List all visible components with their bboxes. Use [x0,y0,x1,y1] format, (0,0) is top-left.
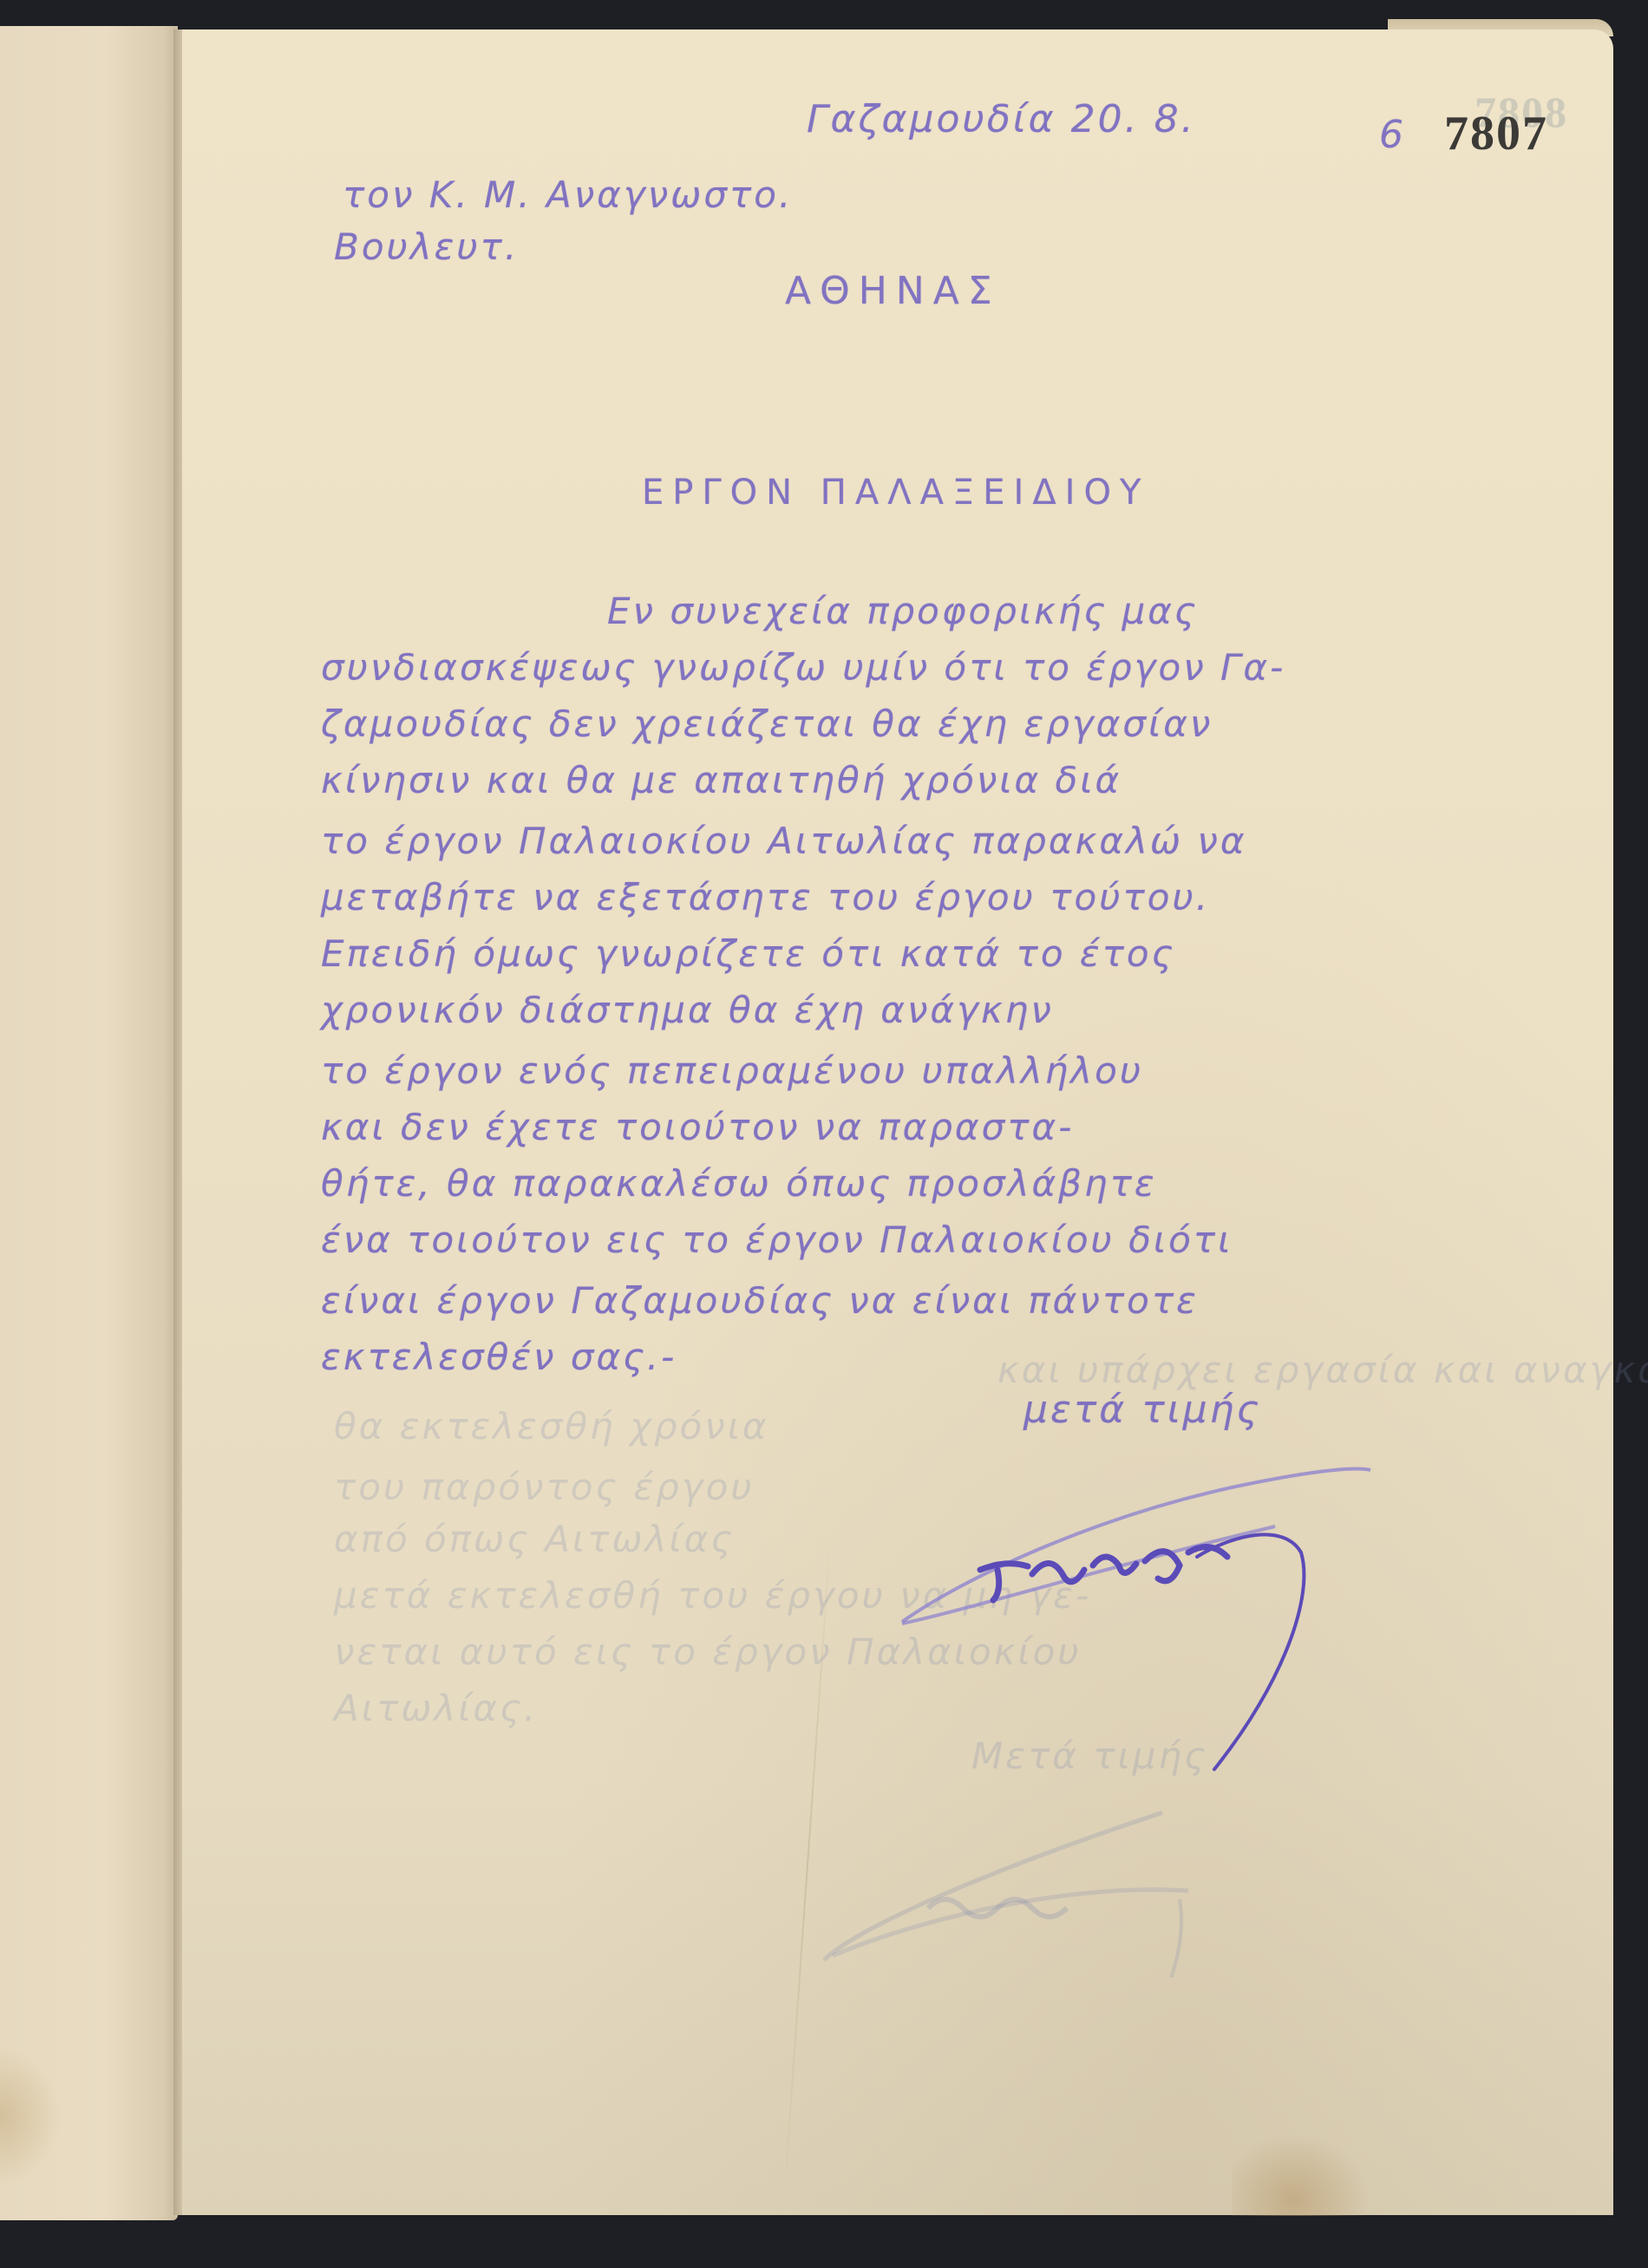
body-line: κίνησιν και θα με απαιτηθή χρόνια διά [321,759,1553,801]
recipient-city: ΑΘΗΝΑΣ [785,269,1001,313]
folio-mark: 6 [1379,113,1406,157]
body-line: θήτε, θα παρακαλέσω όπως προσλάβητε [321,1162,1553,1205]
body-line: εκτελεσθέν σας.- [321,1336,1553,1378]
ghost-line: του παρόντος έργου [334,1466,755,1508]
ghost-line: Αιτωλίας. [334,1687,538,1729]
body-line: χρονικόν διάστημα θα έχη ανάγκην [321,989,1553,1031]
archive-number-stamp: 7807 [1444,106,1548,161]
body-line: Επειδή όμως γνωρίζετε ότι κατά το έτος [321,932,1553,975]
body-line: ένα τοιούτον εις το έργον Παλαιοκίου διό… [321,1219,1553,1261]
paper-stain [0,2047,61,2186]
subject-heading: ΕΡΓΟΝ ΠΑΛΑΞΕΙΔΙΟΥ [642,473,1149,513]
body-line: μεταβήτε να εξετάσητε του έργου τούτου. [321,876,1553,918]
body-line: ζαμουδίας δεν χρειάζεται θα έχη εργασίαν [321,703,1553,745]
ghost-signature-icon [798,1804,1232,1977]
water-stain [1232,2134,1370,2216]
recipient-title: Βουλευτ. [334,225,519,268]
body-line: Εν συνεχεία προφορικής μας [607,590,1648,632]
place-date: Γαζαμουδία 20. 8. [807,97,1196,141]
signature-icon [867,1422,1422,1787]
recipient-name: τον Κ. Μ. Αναγνωστο. [343,173,793,216]
body-line: το έργον Παλαιοκίου Αιτωλίας παρακαλώ να [321,820,1553,862]
body-line: το έργον ενός πεπειραμένου υπαλλήλου [321,1049,1553,1092]
body-line: είναι έργον Γαζαμουδίας να είναι πάντοτε [321,1279,1553,1322]
ghost-line: θα εκτελεσθή χρόνια [334,1405,769,1448]
body-line: και δεν έχετε τοιούτον να παραστα- [321,1106,1553,1148]
left-facing-page [0,26,178,2220]
body-line: συνδιασκέψεως γνωρίζω υμίν ότι το έργον … [321,646,1553,689]
ghost-line: από όπως Αιτωλίας [334,1518,735,1560]
